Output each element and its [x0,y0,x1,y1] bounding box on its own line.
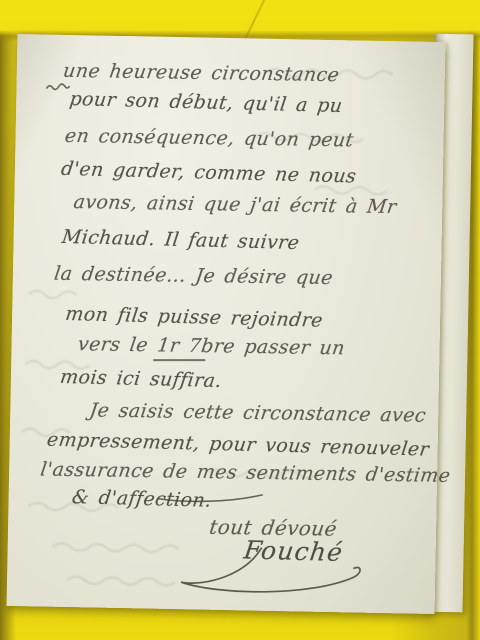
handwriting-line-9: vers le 1r 7bre passer un [76,332,346,360]
handwriting-line-14: & d'affection. [70,485,213,513]
handwriting-line-7: la destinée... Je désire que [53,262,335,290]
handwriting-line-16: Fouché [242,538,344,565]
letter-page: une heureuse circonstancepour son début,… [7,34,446,614]
handwriting-line-10: mois ici suffira. [59,365,224,393]
photo-background: une heureuse circonstancepour son début,… [0,0,480,640]
handwriting-line-1: une heureuse circonstance [62,59,341,87]
handwriting-line-5: avons, ainsi que j'ai écrit à Mr [72,190,398,219]
handwriting-line-3: en conséquence, qu'on peut [63,124,355,152]
